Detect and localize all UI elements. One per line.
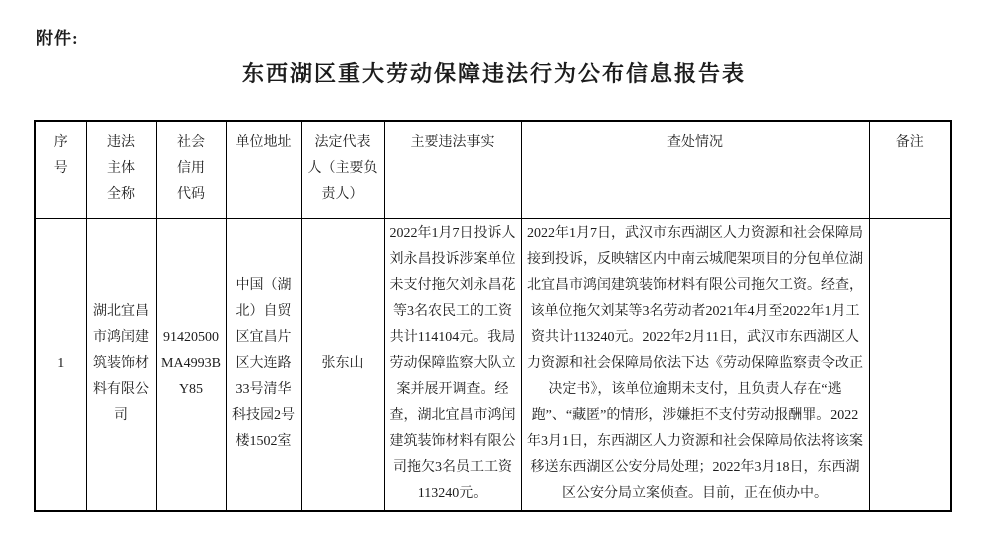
header-cell-legal-rep: 法定代表 人（主要负 责人）	[301, 121, 384, 218]
cell-entity-name: 湖北宜昌市鸿闰建筑装饰材料有限公司	[86, 218, 156, 511]
cell-legal-rep: 张东山	[301, 218, 384, 511]
header-cell-index: 序 号	[35, 121, 86, 218]
page-title: 东西湖区重大劳动保障违法行为公布信息报告表	[0, 57, 988, 88]
report-table: 序 号 违法 主体 全称 社会 信用 代码 单位地址 法定代表 人（主要负 责人…	[34, 120, 952, 512]
cell-credit-code: 91420500MA4993BY85	[156, 218, 226, 511]
header-cell-credit-code: 社会 信用 代码	[156, 121, 226, 218]
header-cell-remarks: 备注	[869, 121, 951, 218]
cell-investigation: 2022年1月7日，武汉市东西湖区人力资源和社会保障局接到投诉，反映辖区内中南云…	[521, 218, 869, 511]
document-page: { "page": { "attachment_label": "附件:", "…	[0, 0, 988, 550]
attachment-label: 附件:	[36, 24, 79, 49]
header-cell-facts: 主要违法事实	[384, 121, 521, 218]
header-cell-entity-name: 违法 主体 全称	[86, 121, 156, 218]
table-header-row: 序 号 违法 主体 全称 社会 信用 代码 单位地址 法定代表 人（主要负 责人…	[35, 121, 951, 218]
cell-remarks	[869, 218, 951, 511]
cell-index: 1	[35, 218, 86, 511]
header-cell-address: 单位地址	[226, 121, 301, 218]
header-cell-investigation: 查处情况	[521, 121, 869, 218]
cell-facts: 2022年1月7日投诉人刘永昌投诉涉案单位未支付拖欠刘永昌花等3名农民工的工资共…	[384, 218, 521, 511]
table-row: 1 湖北宜昌市鸿闰建筑装饰材料有限公司 91420500MA4993BY85 中…	[35, 218, 951, 511]
cell-address: 中国（湖北）自贸区宜昌片区大连路33号清华科技园2号楼1502室	[226, 218, 301, 511]
